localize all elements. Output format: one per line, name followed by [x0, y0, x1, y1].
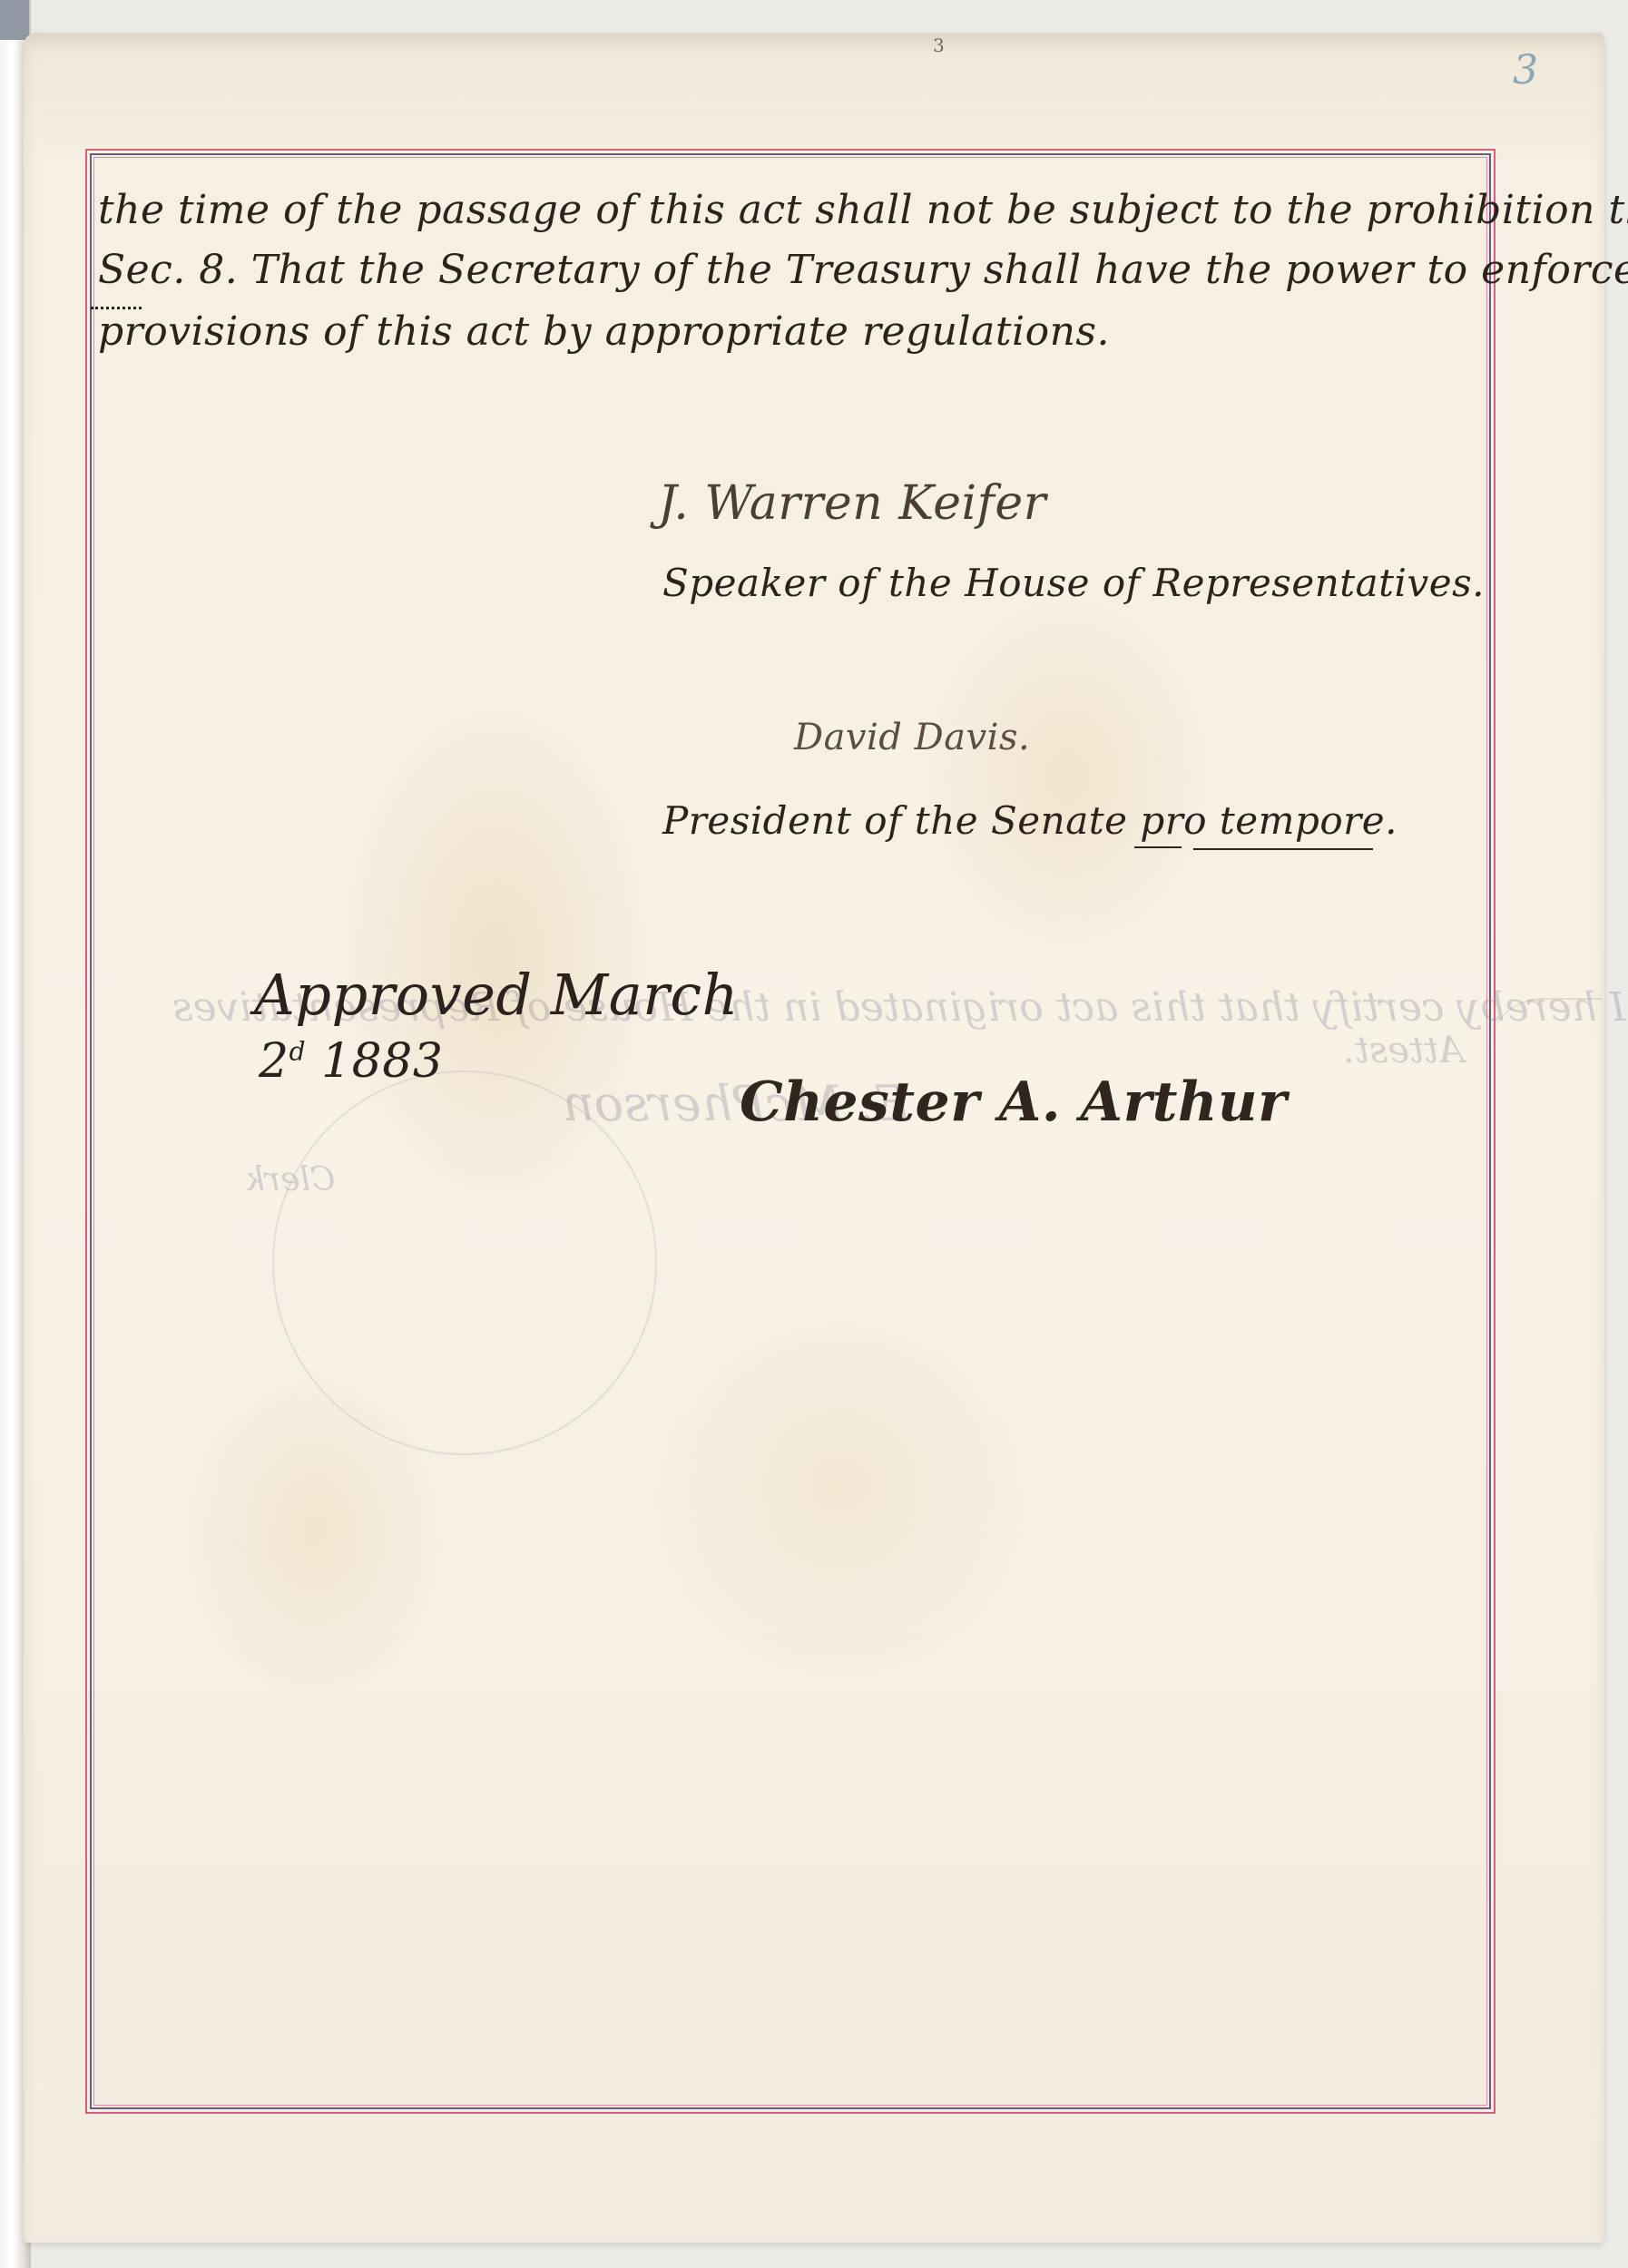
binding-tab [0, 0, 29, 40]
speaker-title: Speaker of the House of Representatives. [662, 561, 1485, 605]
speaker-signature: J. Warren Keifer [658, 476, 1046, 531]
page-number-top: 3 [933, 34, 945, 56]
page-number-corner: 3 [1513, 47, 1538, 93]
president-signature: Chester A. Arthur [740, 1070, 1287, 1134]
approval-day: 2 [259, 1034, 289, 1089]
bleed-through-attest: Attest. [1343, 1030, 1464, 1071]
body-text-line: provisions of this act by appropriate re… [98, 308, 1110, 355]
senate-president-title: President of the Senate pro tempore. [662, 798, 1398, 843]
body-text-line: the time of the passage of this act shal… [98, 187, 1628, 233]
senate-president-signature: David Davis. [794, 717, 1030, 758]
approval-year: 1883 [321, 1034, 443, 1089]
approval-day-suffix: d [289, 1037, 306, 1067]
tempore-underline [1193, 848, 1373, 850]
pro-underline [1134, 846, 1182, 848]
approval-label: Approved March [254, 962, 739, 1028]
bleed-through-clerk-title: Clerk [245, 1161, 335, 1198]
approval-date: 2d 1883 [259, 1034, 443, 1089]
body-text-line-section-8: Sec. 8. That the Secretary of the Treasu… [98, 247, 1628, 293]
